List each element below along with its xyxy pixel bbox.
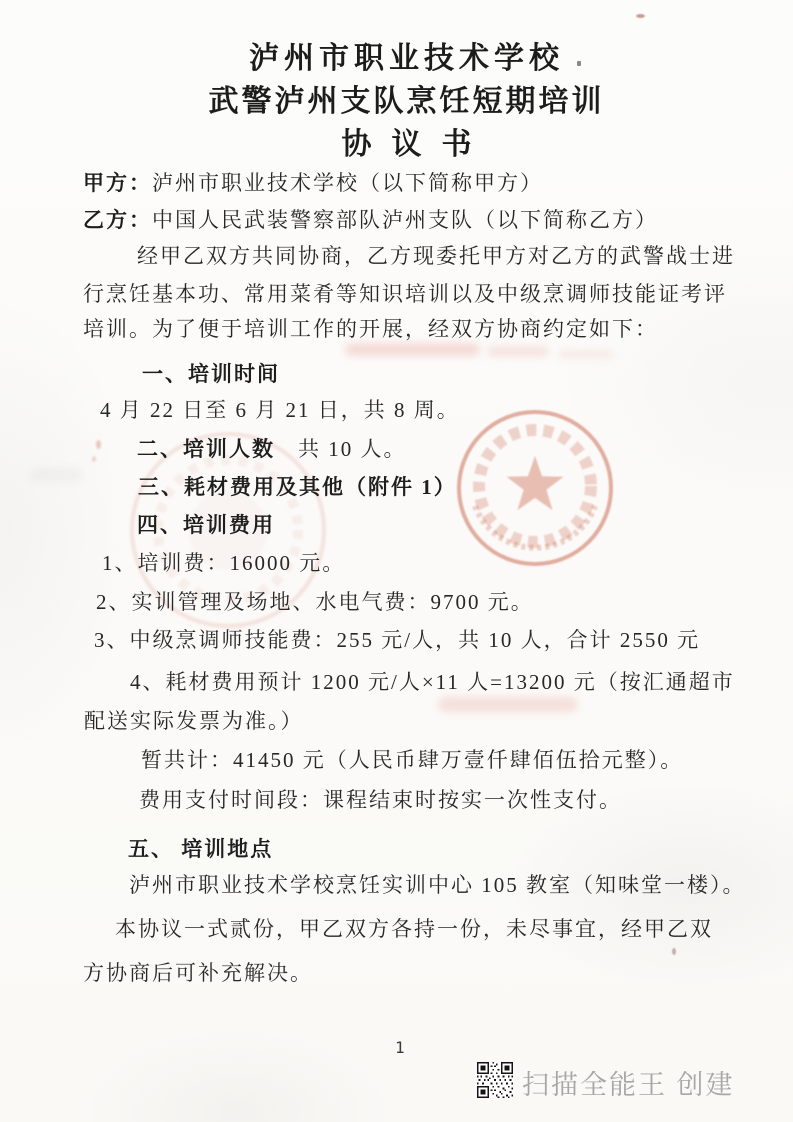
doc-line-closing-2: 方协商后可补充解决。 <box>83 957 313 987</box>
doc-title-training: 武警泸州支队烹饪短期培训 <box>10 76 793 120</box>
party-a-label: 甲方： <box>83 171 152 195</box>
doc-line-intro-3: 培训。为了便于培训工作的开展，经双方协商约定如下： <box>83 313 658 343</box>
doc-title-school: 泸州市职业技术学校 <box>10 33 793 77</box>
document-page: 泸州市职业技术学校 武警泸州支队烹饪短期培训 协议书 甲方：泸州市职业技术学校（… <box>0 0 793 1122</box>
doc-line-intro-1: 经甲乙双方共同协商，乙方现委托甲方对乙方的武警战士进 <box>137 240 735 270</box>
doc-line-fee-item-1: 1、培训费：16000 元。 <box>102 547 345 577</box>
doc-line-fee-item-4: 4、耗材费用预计 1200 元/人×11 人=13200 元（按汇通超市 <box>130 666 735 696</box>
party-b-text: 中国人民武装警察部队泸州支队（以下简称乙方） <box>152 208 658 232</box>
doc-line-location: 泸州市职业技术学校烹饪实训中心 105 教室（知味堂一楼）。 <box>129 869 746 899</box>
scan-artifact-speck <box>636 14 645 18</box>
doc-title-agreement: 协议书 <box>20 119 793 163</box>
doc-line-intro-2: 行烹饪基本功、常用菜肴等知识培训以及中级烹调师技能证考评 <box>83 278 727 308</box>
ink-bleed-smudge <box>487 346 549 357</box>
doc-line-total: 暂共计：41450 元（人民币肆万壹仟肆佰伍拾元整）。 <box>141 744 683 774</box>
doc-line-fee-item-4-cont: 配送实际发票为准。） <box>84 705 304 735</box>
doc-heading-section-4: 四、培训费用 <box>137 509 275 539</box>
scan-artifact-speck <box>96 440 101 449</box>
doc-line-party-b: 乙方：中国人民武装警察部队泸州支队（以下简称乙方） <box>83 204 658 234</box>
party-a-text: 泸州市职业技术学校（以下简称甲方） <box>152 171 543 195</box>
doc-heading-section-2: 二、培训人数 共 10 人。 <box>137 433 407 463</box>
doc-line-fee-item-3: 3、中级烹调师技能费：255 元/人，共 10 人，合计 2550 元 <box>94 624 700 654</box>
page-number: 1 <box>395 1038 405 1057</box>
doc-line-payment-terms: 费用支付时间段：课程结束时按实一次性支付。 <box>139 784 622 814</box>
qr-code-icon <box>477 1062 513 1098</box>
doc-heading-section-3: 三、耗材费用及其他（附件 1） <box>138 471 457 501</box>
seal-star-icon <box>507 456 564 510</box>
doc-line-party-a: 甲方：泸州市职业技术学校（以下简称甲方） <box>83 167 543 197</box>
official-seal-stamp <box>445 398 625 578</box>
scan-artifact-speck <box>672 948 676 955</box>
doc-line-closing-1: 本协议一式贰份，甲乙双方各持一份，未尽事宜，经甲乙双 <box>115 913 713 943</box>
doc-line-fee-item-2: 2、实训管理及场地、水电气费：9700 元。 <box>96 586 534 616</box>
doc-line-training-time: 4 月 22 日至 6 月 21 日，共 8 周。 <box>100 394 460 424</box>
doc-heading-section-1: 一、培训时间 <box>142 358 280 388</box>
scan-artifact-speck <box>92 456 96 462</box>
party-b-label: 乙方： <box>83 208 152 232</box>
scan-artifact-smear <box>30 468 82 482</box>
ink-bleed-smudge <box>438 697 578 712</box>
ink-bleed-smudge <box>558 350 613 359</box>
doc-heading-section-5: 五、 培训地点 <box>128 833 273 863</box>
camscanner-watermark: 扫描全能王 创建 <box>522 1063 735 1102</box>
ink-bleed-smudge <box>345 343 480 356</box>
